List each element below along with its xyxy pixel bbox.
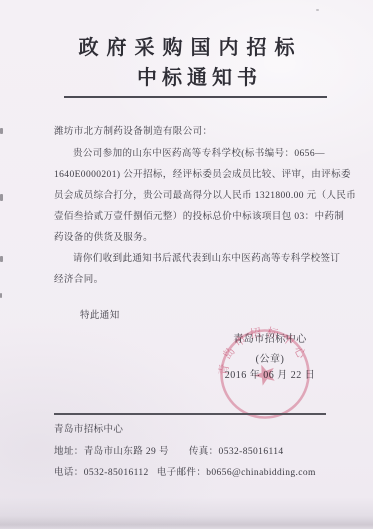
footer-divider [54,413,326,415]
body-line: 员会成员综合打分，贵公司最高得分以人民币 1321800.00 元（人民币 [54,186,348,207]
footer-phone: 电话：0532-85016112 [54,468,149,478]
body-line: 请你们收到此通知书后派代表到山东中医药高等专科学校签订 [54,249,348,270]
scanned-document-page: 政府采购国内招标 中标通知书 潍坊市北方制药设备制造有限公司： 贵公司参加的山东… [0,0,373,529]
title-underline [64,96,327,98]
scan-artifact [0,194,3,201]
svg-text:青岛市招标中心: 青岛市招标中心 [204,312,310,395]
body-paragraph-2: 请你们收到此通知书后派代表到山东中医药高等专科学校签订 经济合同。 [54,249,348,291]
closing-line: 特此通知 [80,306,120,327]
body-line: 1640E0000201) 公开招标，经评标委员会成员比较、评审，由评标委 [54,165,348,186]
body-line: 经济合同。 [54,270,348,291]
scan-artifact [316,9,319,11]
body-paragraph-1: 贵公司参加的山东中医药高等专科学校(标书编号：0656— 1640E000020… [54,144,348,249]
footer-email: 电子邮件：b0656@chinabidding.com [157,468,316,478]
body-line: 壹佰叁拾贰万壹仟捌佰元整）的投标总价中标该项目包 03：中药制 [54,207,348,228]
recipient-line: 潍坊市北方制药设备制造有限公司： [54,122,212,143]
body-line: 药设备的供货及服务。 [54,228,348,249]
footer-org: 青岛市招标中心 [54,421,123,435]
footer-address: 地址：青岛市山东路 29 号 [54,447,169,457]
body-line: 贵公司参加的山东中医药高等专科学校(标书编号：0656— [54,144,348,165]
stamp-star-icon [252,361,279,387]
stamp-arc-text: 青岛市招标中心 [204,312,310,395]
footer-contact-row: 电话：0532-85016112电子邮件：b0656@chinabidding.… [54,464,316,478]
scan-artifact [0,128,3,134]
document-title-line-2: 中标通知书 [13,61,373,90]
footer-address-row: 地址：青岛市山东路 29 号传真：0532-85016114 [54,443,284,457]
scan-artifact [0,256,3,262]
scan-artifact [0,293,2,298]
footer-fax: 传真：0532-85016114 [189,447,284,457]
document-title-line-1: 政府采购国内招标 [0,31,373,60]
